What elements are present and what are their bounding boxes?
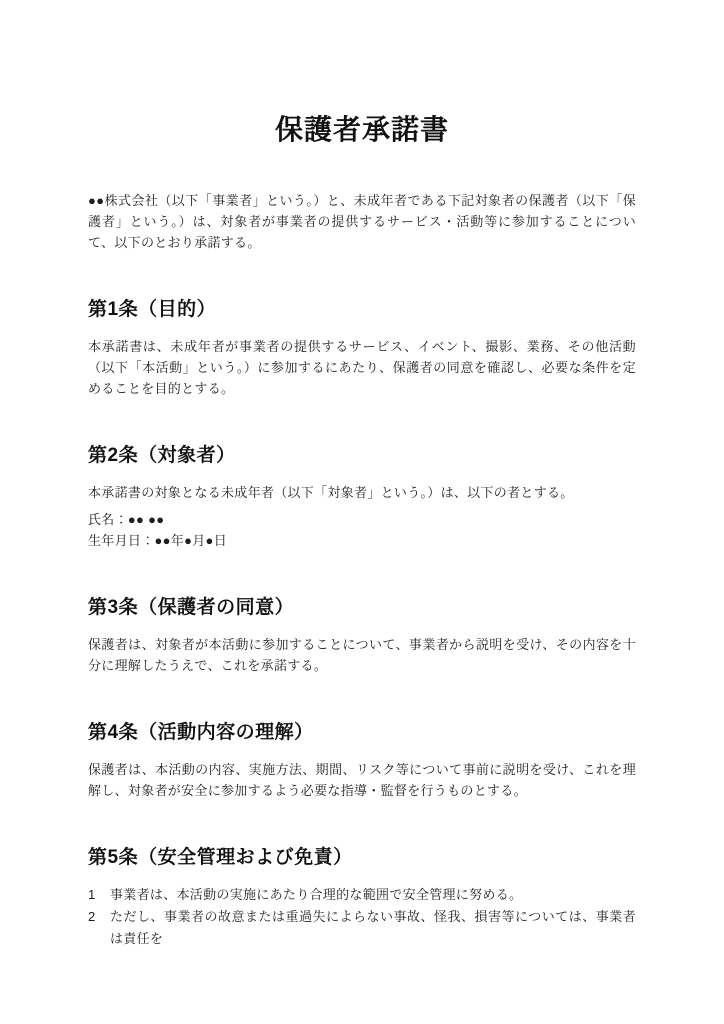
article-2-body: 本承諾書の対象となる未成年者（以下「対象者」という。）は、以下の者とする。 [88, 482, 636, 503]
article-5-heading: 第5条（安全管理および免責） [88, 845, 636, 871]
subject-birthdate-field: 生年月日：●●年●月●日 [88, 530, 636, 551]
article-5-clause-list: 1 事業者は、本活動の実施にあたり合理的な範囲で安全管理に努める。 2 ただし、… [88, 884, 636, 950]
clause-1-number: 1 [88, 884, 110, 906]
section-article-3: 第3条（保護者の同意） 保護者は、対象者が本活動に参加することについて、事業者か… [88, 595, 636, 676]
clause-item-1: 1 事業者は、本活動の実施にあたり合理的な範囲で安全管理に努める。 [88, 884, 636, 906]
clause-2-text: ただし、事業者の故意または重過失によらない事故、怪我、損害等については、事業者は… [110, 906, 636, 950]
subject-fields: 氏名：●● ●● 生年月日：●●年●月●日 [88, 509, 636, 551]
article-2-heading: 第2条（対象者） [88, 443, 636, 469]
document-title: 保護者承諾書 [88, 112, 636, 148]
article-4-heading: 第4条（活動内容の理解） [88, 720, 636, 746]
intro-paragraph: ●●株式会社（以下「事業者」という。）と、未成年者である下記対象者の保護者（以下… [88, 190, 636, 253]
document-page: 保護者承諾書 ●●株式会社（以下「事業者」という。）と、未成年者である下記対象者… [0, 0, 724, 1024]
section-article-2: 第2条（対象者） 本承諾書の対象となる未成年者（以下「対象者」という。）は、以下… [88, 443, 636, 551]
article-4-body: 保護者は、本活動の内容、実施方法、期間、リスク等について事前に説明を受け、これを… [88, 759, 636, 801]
clause-item-2: 2 ただし、事業者の故意または重過失によらない事故、怪我、損害等については、事業… [88, 906, 636, 950]
article-1-body: 本承諾書は、未成年者が事業者の提供するサービス、イベント、撮影、業務、その他活動… [88, 336, 636, 399]
section-article-4: 第4条（活動内容の理解） 保護者は、本活動の内容、実施方法、期間、リスク等につい… [88, 720, 636, 801]
section-article-5: 第5条（安全管理および免責） 1 事業者は、本活動の実施にあたり合理的な範囲で安… [88, 845, 636, 950]
clause-2-number: 2 [88, 906, 110, 950]
section-article-1: 第1条（目的） 本承諾書は、未成年者が事業者の提供するサービス、イベント、撮影、… [88, 297, 636, 399]
article-3-body: 保護者は、対象者が本活動に参加することについて、事業者から説明を受け、その内容を… [88, 634, 636, 676]
clause-1-text: 事業者は、本活動の実施にあたり合理的な範囲で安全管理に努める。 [110, 884, 636, 906]
article-3-heading: 第3条（保護者の同意） [88, 595, 636, 621]
article-1-heading: 第1条（目的） [88, 297, 636, 323]
subject-name-field: 氏名：●● ●● [88, 509, 636, 530]
